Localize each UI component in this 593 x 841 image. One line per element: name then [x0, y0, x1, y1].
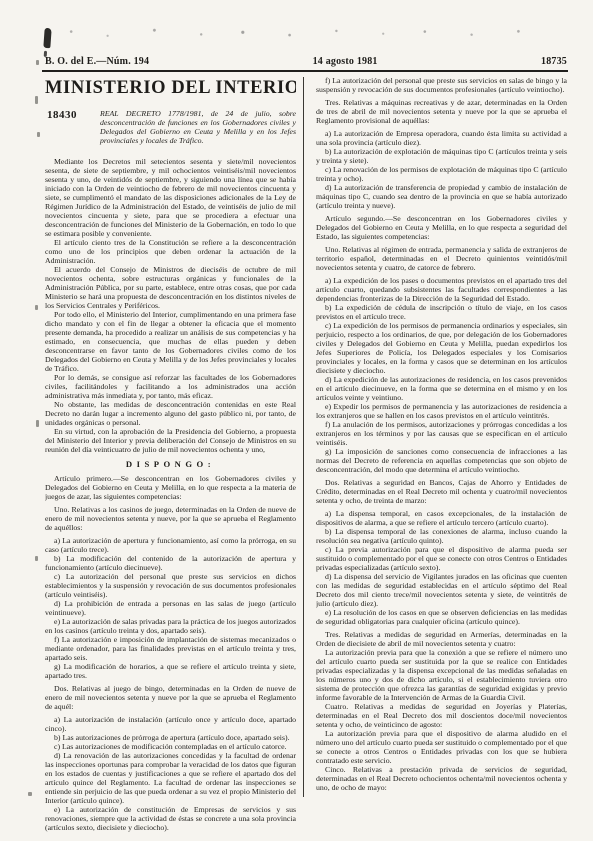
paragraph: Uno. Relativas a los casinos de juego, d… — [45, 505, 296, 532]
scan-mark — [35, 96, 38, 104]
paragraph: f) La autorización e imposición de impla… — [45, 635, 296, 662]
paragraph: a) La autorización de instalación (artíc… — [45, 715, 296, 733]
header-date: 14 agosto 1981 — [313, 56, 378, 67]
ministry-title: MINISTERIO DEL INTERIOR — [45, 78, 296, 99]
boe-gazette-page: B. O. del E.—Núm. 194 14 agosto 1981 187… — [0, 0, 593, 841]
paragraph: Artículo primero.—Se desconcentran en lo… — [45, 474, 296, 501]
paragraph: b) Las autorizaciones de prórroga de ape… — [45, 733, 296, 742]
paragraph: La autorización previa para que el dispo… — [316, 729, 567, 765]
column-divider — [303, 77, 304, 797]
scan-mark — [28, 792, 32, 796]
decree-heading: 18430 REAL DECRETO 1778/1981, de 24 de j… — [47, 109, 296, 145]
paragraph: c) La previa autorización para que el di… — [316, 545, 567, 572]
paragraph: d) La autorización de transferencia de p… — [316, 183, 567, 210]
scan-noise — [40, 26, 560, 40]
paragraph: d) La dispensa del servicio de Vigilante… — [316, 572, 567, 608]
scan-mark — [36, 60, 39, 65]
right-column: f) La autorización del personal que pres… — [316, 76, 567, 792]
decree-title: REAL DECRETO 1778/1981, de 24 de julio, … — [100, 109, 296, 145]
header-issue: B. O. del E.—Núm. 194 — [45, 56, 149, 67]
paragraph: f) La autorización del personal que pres… — [316, 76, 567, 94]
scan-mark — [35, 556, 38, 561]
paragraph: Tres. Relativas a medidas de seguridad e… — [316, 630, 567, 648]
paragraph: a) La dispensa temporal, en casos excepc… — [316, 509, 567, 527]
paragraph: d) La prohibición de entrada a personas … — [45, 599, 296, 617]
page-header: B. O. del E.—Núm. 194 14 agosto 1981 187… — [45, 56, 567, 67]
paragraph: Por todo ello, el Ministerio del Interio… — [45, 310, 296, 373]
scan-ink-blob — [43, 28, 51, 48]
paragraph: a) La autorización de Empresa operadora,… — [316, 129, 567, 147]
paragraph: No obstante, las medidas de desconcentra… — [45, 400, 296, 427]
paragraph: e) La autorización de salas privadas par… — [45, 617, 296, 635]
paragraph: c) Las autorizaciones de modificación co… — [45, 742, 296, 751]
left-column: MINISTERIO DEL INTERIOR 18430 REAL DECRE… — [45, 76, 296, 832]
paragraph: El artículo ciento tres de la Constituci… — [45, 238, 296, 265]
paragraph: a) La autorización de apertura y funcion… — [45, 536, 296, 554]
paragraph: b) La expedición de cédula de inscripció… — [316, 303, 567, 321]
paragraph: e) La autorización de constitución de Em… — [45, 805, 296, 832]
paragraph: Tres. Relativas a máquinas recreativas y… — [316, 98, 567, 125]
decree-item-number: 18430 — [47, 109, 87, 145]
scan-mark — [36, 420, 39, 427]
paragraph: Dos. Relativas a seguridad en Bancos, Ca… — [316, 478, 567, 505]
paragraph: b) La autorización de explotación de máq… — [316, 147, 567, 165]
header-page-number: 18735 — [541, 56, 567, 67]
paragraph: e) La resolución de los casos en que se … — [316, 608, 567, 626]
left-column-text: Mediante los Decretos mil setecientos se… — [45, 157, 296, 832]
paragraph: La autorización previa para que la conex… — [316, 648, 567, 702]
paragraph: f) La anulación de los permisos, autoriz… — [316, 420, 567, 447]
paragraph: g) La imposición de sanciones como conse… — [316, 447, 567, 474]
paragraph: b) La modificación del contenido de la a… — [45, 554, 296, 572]
paragraph: Artículo segundo.—Se desconcentran en lo… — [316, 214, 567, 241]
paragraph: d) La renovación de las autorizaciones c… — [45, 751, 296, 805]
paragraph: Uno. Relativas al régimen de entrada, pe… — [316, 245, 567, 272]
paragraph: d) La expedición de las autorizaciones d… — [316, 375, 567, 402]
paragraph: El acuerdo del Consejo de Ministros de d… — [45, 265, 296, 310]
header-rule — [42, 70, 568, 72]
paragraph: Cinco. Relativas a prestación privada de… — [316, 765, 567, 792]
paragraph: Por lo demás, se consigue así reforzar l… — [45, 373, 296, 400]
scan-mark — [37, 132, 40, 137]
paragraph: b) La dispensa temporal de las conexione… — [316, 527, 567, 545]
paragraph: g) La modificación de horarios, a que se… — [45, 662, 296, 680]
right-column-text: f) La autorización del personal que pres… — [316, 76, 567, 792]
paragraph: c) La autorización del personal que pres… — [45, 572, 296, 599]
paragraph: Mediante los Decretos mil setecientos se… — [45, 157, 296, 238]
paragraph: e) Expedir los permisos de permanencia y… — [316, 402, 567, 420]
paragraph: En su virtud, con la aprobación de la Pr… — [45, 427, 296, 454]
scan-mark — [35, 305, 38, 310]
paragraph: c) La expedición de los permisos de perm… — [316, 321, 567, 375]
paragraph: c) La renovación de los permisos de expl… — [316, 165, 567, 183]
paragraph: Cuatro. Relativas a medidas de seguridad… — [316, 702, 567, 729]
paragraph: Dos. Relativas al juego de bingo, determ… — [45, 684, 296, 711]
dispongo-heading: DISPONGO: — [45, 460, 296, 469]
paragraph: a) La expedición de los pases o document… — [316, 276, 567, 303]
